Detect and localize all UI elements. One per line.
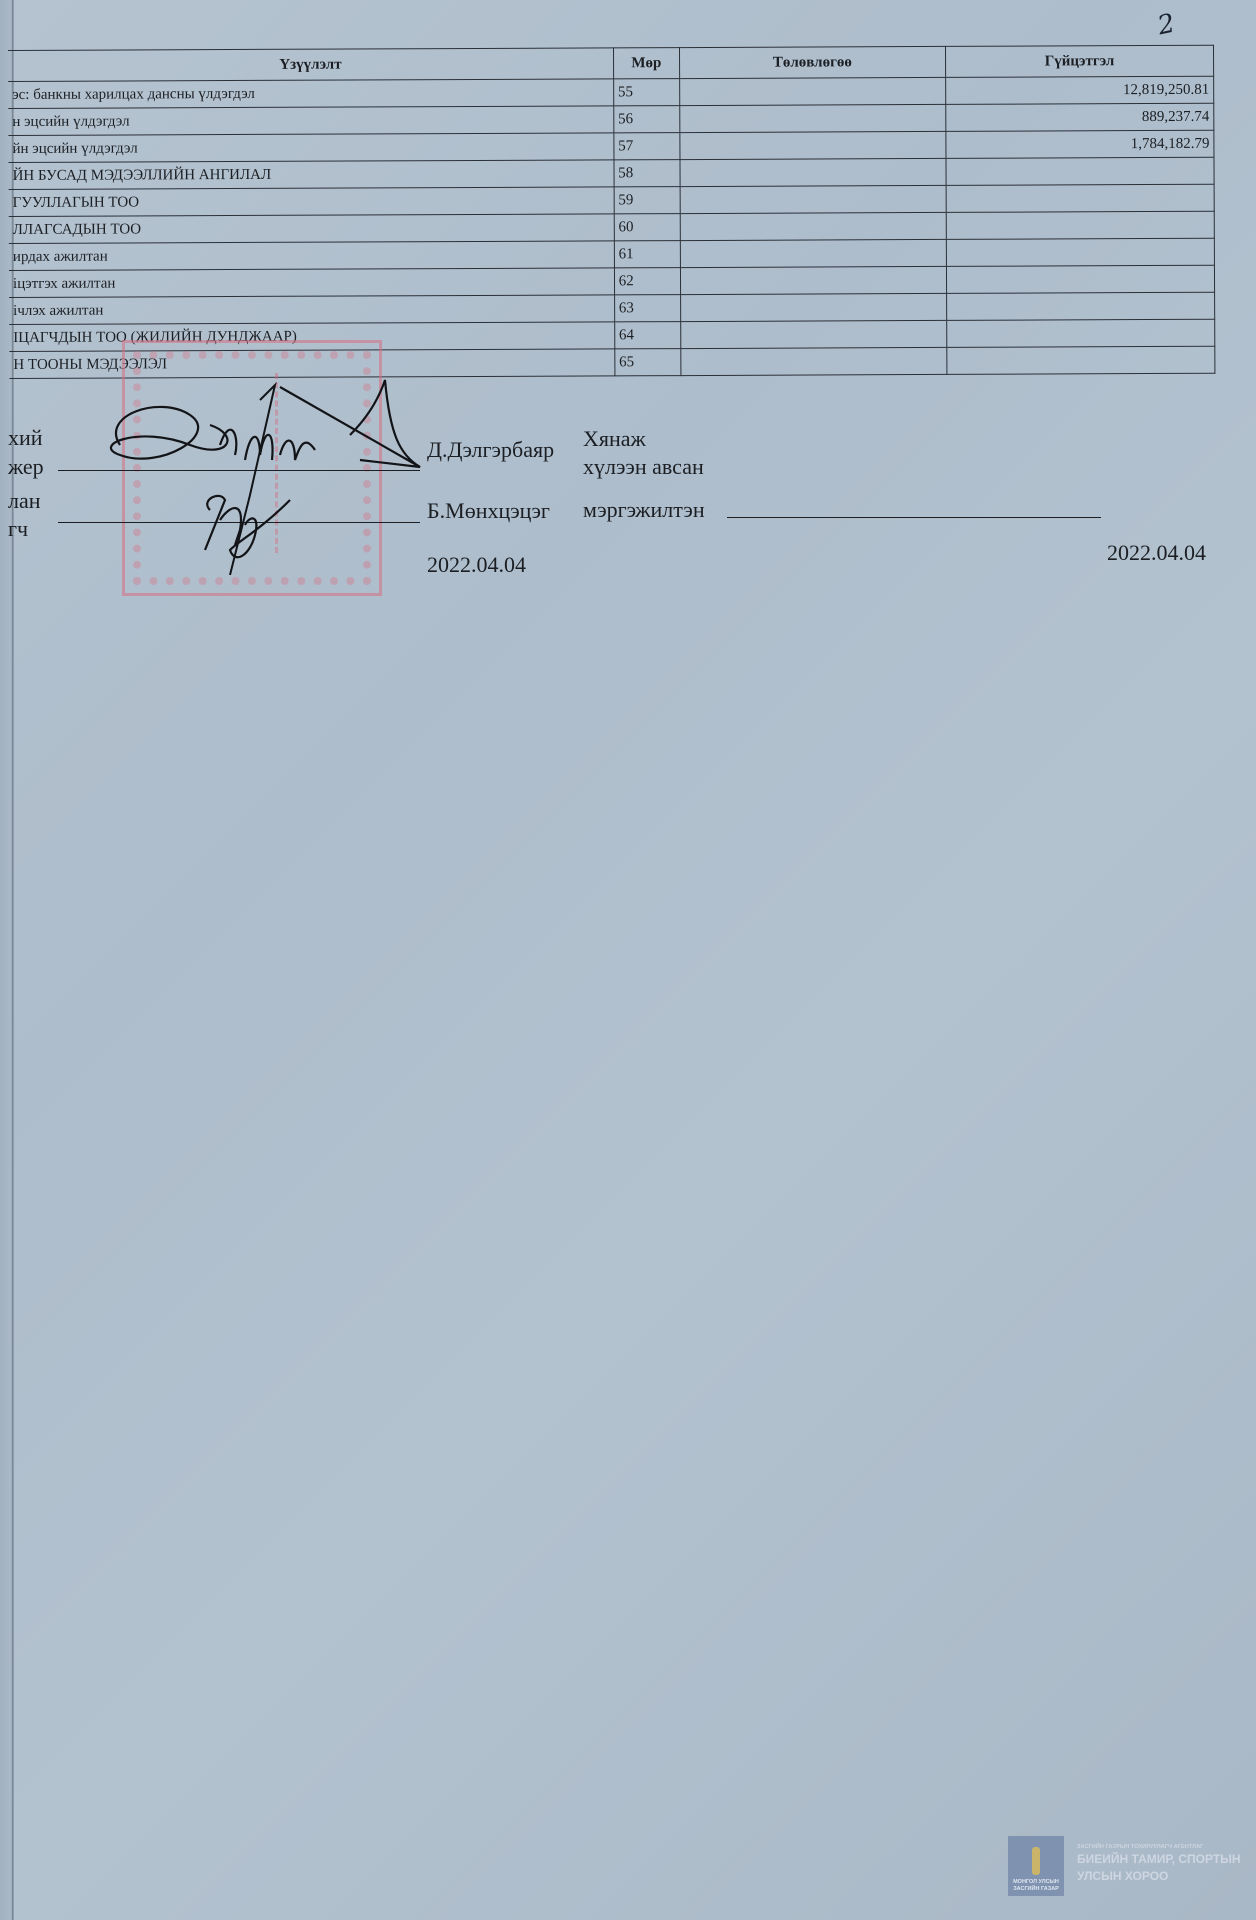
row-number: 56 bbox=[613, 106, 679, 133]
plan-value bbox=[680, 131, 946, 159]
row-number: 59 bbox=[614, 187, 680, 214]
report-table: Үзүүлэлт Мөр Төлөвлөгөө Гүйцэтгэл эс: ба… bbox=[8, 45, 1215, 379]
agency-name-1: БИЕИЙН ТАМИР, СПОРТЫН bbox=[1077, 1852, 1241, 1867]
header-plan: Төлөвлөгөө bbox=[679, 46, 945, 78]
row-number: 65 bbox=[615, 349, 681, 376]
row-number: 55 bbox=[613, 79, 679, 106]
signature-line-1 bbox=[58, 470, 420, 471]
role-label-1b: жер bbox=[8, 454, 44, 480]
mongolian-script-mark bbox=[275, 373, 308, 553]
row-label: н эцсийн үлдэгдэл bbox=[8, 106, 613, 136]
header-actual: Гүйцэтгэл bbox=[945, 45, 1213, 77]
plan-value bbox=[680, 158, 946, 186]
row-number: 57 bbox=[614, 133, 680, 160]
header-indicator: Үзүүлэлт bbox=[8, 48, 613, 82]
actual-value bbox=[947, 319, 1215, 347]
row-number: 61 bbox=[614, 241, 680, 268]
soyombo-icon bbox=[1032, 1847, 1040, 1875]
row-label: эс: банкны харилцах дансны үлдэгдэл bbox=[8, 79, 613, 109]
agency-watermark: ЗАСГИЙН ГАЗРЫН ТОХИРУУЛАГЧ АГЕНТЛАГ БИЕИ… bbox=[1077, 1844, 1241, 1884]
row-number: 64 bbox=[614, 322, 680, 349]
plan-value bbox=[680, 104, 946, 132]
row-number: 62 bbox=[614, 268, 680, 295]
row-label: іцэтгэх ажилтан bbox=[9, 268, 614, 298]
row-label: ирдах ажилтан bbox=[9, 241, 614, 271]
row-label: йн эцсийн үлдэгдэл bbox=[8, 133, 613, 163]
actual-value bbox=[947, 346, 1215, 374]
row-label: ЛЛАГСАДЫН ТОО bbox=[9, 214, 614, 244]
plan-value bbox=[680, 239, 946, 267]
plan-value bbox=[680, 212, 946, 240]
plan-value bbox=[679, 77, 945, 105]
reviewer-label-3: мэргэжилтэн bbox=[583, 497, 705, 523]
actual-value bbox=[946, 238, 1214, 266]
row-label: ГУУЛЛАГЫН ТОО bbox=[9, 187, 614, 217]
actual-value bbox=[946, 157, 1214, 185]
row-label: ЙН БУСАД МЭДЭЭЛЛИЙН АНГИЛАЛ bbox=[8, 160, 613, 190]
actual-value: 889,237.74 bbox=[946, 103, 1214, 131]
actual-value: 1,784,182.79 bbox=[946, 130, 1214, 158]
emblem-caption-1: МОНГОЛ УЛСЫН bbox=[1013, 1879, 1059, 1886]
role-label-1a: хий bbox=[8, 425, 43, 451]
header-row-number: Мөр bbox=[613, 48, 679, 79]
signer-1-name: Д.Дэлгэрбаяр bbox=[427, 437, 554, 463]
emblem-caption-2: ЗАСГИЙН ГАЗАР bbox=[1013, 1886, 1059, 1893]
left-date: 2022.04.04 bbox=[427, 552, 526, 578]
plan-value bbox=[681, 347, 947, 375]
plan-value bbox=[680, 185, 946, 213]
reviewer-label-1: Хянаж bbox=[583, 426, 646, 452]
reviewer-signature-line bbox=[727, 517, 1101, 518]
signer-2-name: Б.Мөнхцэцэг bbox=[427, 498, 550, 524]
reviewer-label-2: хүлээн авсан bbox=[583, 454, 704, 480]
page-number: 2 bbox=[1155, 9, 1177, 42]
role-label-2b: гч bbox=[8, 516, 28, 542]
plan-value bbox=[680, 320, 946, 348]
plan-value bbox=[680, 266, 946, 294]
row-number: 63 bbox=[614, 295, 680, 322]
row-label: ічлэх ажилтан bbox=[9, 295, 614, 325]
plan-value bbox=[680, 293, 946, 321]
red-official-stamp bbox=[122, 340, 382, 596]
actual-value: 12,819,250.81 bbox=[946, 76, 1214, 104]
agency-subtitle: ЗАСГИЙН ГАЗРЫН ТОХИРУУЛАГЧ АГЕНТЛАГ bbox=[1077, 1844, 1241, 1850]
actual-value bbox=[946, 265, 1214, 293]
actual-value bbox=[946, 292, 1214, 320]
agency-name-2: УЛСЫН ХОРОО bbox=[1077, 1869, 1241, 1884]
row-number: 58 bbox=[614, 160, 680, 187]
government-emblem-logo: МОНГОЛ УЛСЫН ЗАСГИЙН ГАЗАР bbox=[1008, 1836, 1064, 1896]
actual-value bbox=[946, 184, 1214, 212]
row-number: 60 bbox=[614, 214, 680, 241]
actual-value bbox=[946, 211, 1214, 239]
right-date: 2022.04.04 bbox=[1107, 540, 1206, 566]
role-label-2a: лан bbox=[8, 488, 41, 514]
signature-line-2 bbox=[58, 522, 420, 523]
